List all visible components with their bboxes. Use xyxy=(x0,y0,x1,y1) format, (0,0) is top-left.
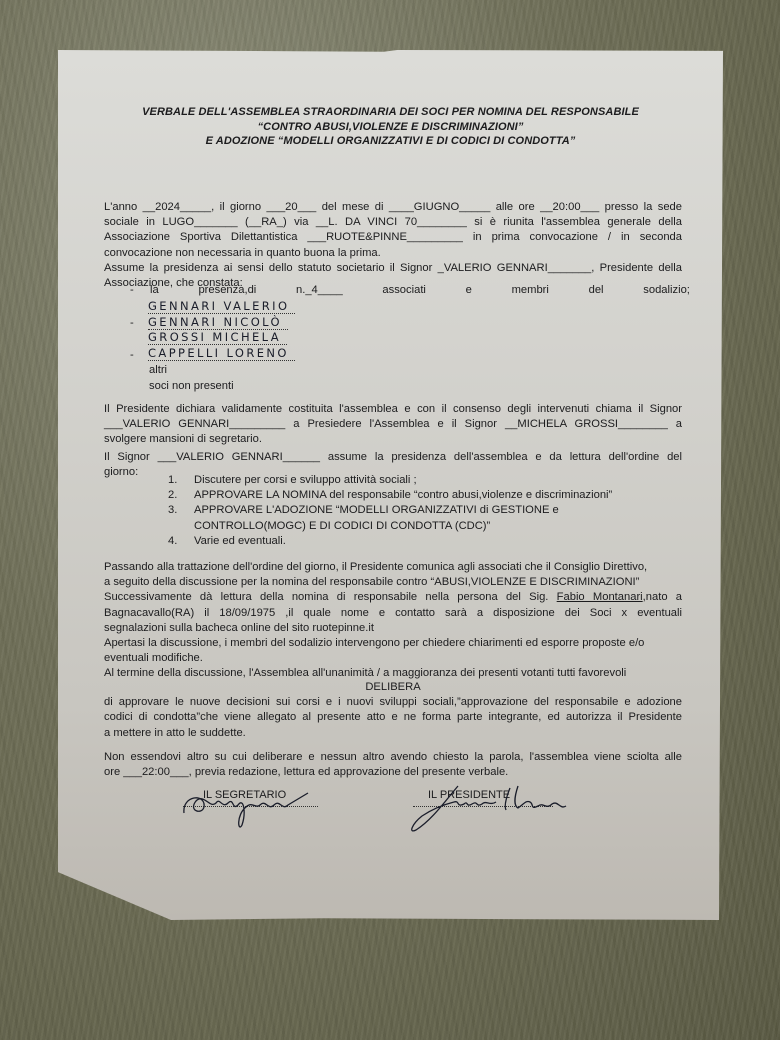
presence-line: la presenza,di n._4____ associati e memb… xyxy=(150,283,690,298)
text-line: svolgere mansioni di segretario. xyxy=(104,432,682,447)
handwritten-member-name: GENNARI VALERIO xyxy=(148,300,295,314)
text-line: codici di condotta”che viene allegato al… xyxy=(104,710,682,725)
text-line: a seguito della discussione per la nomin… xyxy=(104,575,682,590)
title-line: “CONTRO ABUSI,VIOLENZE E DISCRIMINAZIONI… xyxy=(58,120,723,135)
agenda-item: 4.Varie ed eventuali. xyxy=(168,534,648,549)
agenda-list: 1.Discutere per corsi e sviluppo attivit… xyxy=(168,473,648,549)
word: sodalizio; xyxy=(643,283,690,298)
bullet-dash: - xyxy=(130,283,134,298)
word: del xyxy=(589,283,604,298)
constitution-paragraph: Il Presidente dichiara validamente costi… xyxy=(104,402,682,448)
president-signature xyxy=(406,780,586,835)
others-label: altri xyxy=(149,363,167,378)
word: e xyxy=(466,283,472,298)
title-line: E ADOZIONE “MODELLI ORGANIZZATIVI E DI C… xyxy=(58,134,723,149)
title-line: VERBALE DELL'ASSEMBLEA STRAORDINARIA DEI… xyxy=(58,105,723,120)
item-number: 4. xyxy=(168,534,177,549)
text-line: Il Signor ___VALERIO GENNARI______ assum… xyxy=(104,450,682,465)
text-line: convocazione non necessaria in quanto bu… xyxy=(104,246,682,261)
text-line: Passando alla trattazione dell'ordine de… xyxy=(104,560,682,575)
discussion-paragraph: Passando alla trattazione dell'ordine de… xyxy=(104,560,682,682)
item-text: APPROVARE L'ADOZIONE “MODELLI ORGANIZZAT… xyxy=(194,504,559,531)
item-text: Varie ed eventuali. xyxy=(194,535,286,547)
bullet-dash: - xyxy=(130,348,134,363)
nomination-prefix: Successivamente dà lettura della nomina … xyxy=(104,591,548,603)
delibera-section: DELIBERA di approvare le nuove decisioni… xyxy=(104,680,682,741)
nomination-line: Successivamente dà lettura della nomina … xyxy=(104,590,682,605)
document-page: VERBALE DELL'ASSEMBLEA STRAORDINARIA DEI… xyxy=(58,50,723,920)
item-text: APPROVARE LA NOMINA del responsabile “co… xyxy=(194,489,612,501)
text-line: eventuali modifiche. xyxy=(104,651,682,666)
item-number: 3. xyxy=(168,503,177,518)
word: associati xyxy=(382,283,426,298)
text-line: Non essendovi altro su cui deliberare e … xyxy=(104,750,682,765)
delibera-heading: DELIBERA xyxy=(104,680,682,695)
handwritten-member-name: GENNARI NICOLÒ xyxy=(148,316,288,330)
text-line: Apertasi la discussione, i membri del so… xyxy=(104,636,682,651)
text-line: Assume la presidenza ai sensi dello stat… xyxy=(104,261,682,276)
text-line: sociale in LUGO_______ (__RA_) via __L. … xyxy=(104,215,682,230)
item-number: 1. xyxy=(168,473,177,488)
handwritten-member-name: CAPPELLI LORENO xyxy=(148,347,295,361)
word: membri xyxy=(512,283,549,298)
text-line: Il Presidente dichiara validamente costi… xyxy=(104,402,682,417)
agenda-item: 2.APPROVARE LA NOMINA del responsabile “… xyxy=(168,488,648,503)
closing-paragraph: Non essendovi altro su cui deliberare e … xyxy=(104,750,682,780)
intro-paragraph: L'anno __2024_____, il giorno ___20___ d… xyxy=(104,200,682,291)
absent-label: soci non presenti xyxy=(149,379,234,394)
word: la xyxy=(150,283,159,298)
handwritten-member-name: GROSSI MICHELA xyxy=(148,331,287,345)
nomination-suffix: ,nato a xyxy=(643,591,682,603)
agenda-item: 3.APPROVARE L'ADOZIONE “MODELLI ORGANIZZ… xyxy=(168,503,648,533)
item-number: 2. xyxy=(168,488,177,503)
bullet-dash: - xyxy=(130,316,134,331)
agenda-item: 1.Discutere per corsi e sviluppo attivit… xyxy=(168,473,648,488)
secretary-signature xyxy=(176,785,336,835)
text-line: ___VALERIO GENNARI_________ a Presiedere… xyxy=(104,417,682,432)
text-line: a mettere in atto le suddette. xyxy=(104,726,682,741)
text-line: segnalazioni sulla bacheca online del si… xyxy=(104,621,682,636)
text-line: Associazione Sportiva Dilettantistica __… xyxy=(104,230,682,245)
document-title: VERBALE DELL'ASSEMBLEA STRAORDINARIA DEI… xyxy=(58,105,723,149)
nominee-name: Fabio Montanari xyxy=(557,591,643,603)
text-line: di approvare le nuove decisioni sui cors… xyxy=(104,695,682,710)
word: presenza,di xyxy=(198,283,256,298)
text-line: ore ___22:00___, previa redazione, lettu… xyxy=(104,765,682,780)
text-line: Bagnacavallo(RA) il 18/09/1975 ,il quale… xyxy=(104,606,682,621)
text-line: L'anno __2024_____, il giorno ___20___ d… xyxy=(104,200,682,215)
members-count: n._4____ xyxy=(296,283,343,298)
item-text: Discutere per corsi e sviluppo attività … xyxy=(194,474,417,486)
